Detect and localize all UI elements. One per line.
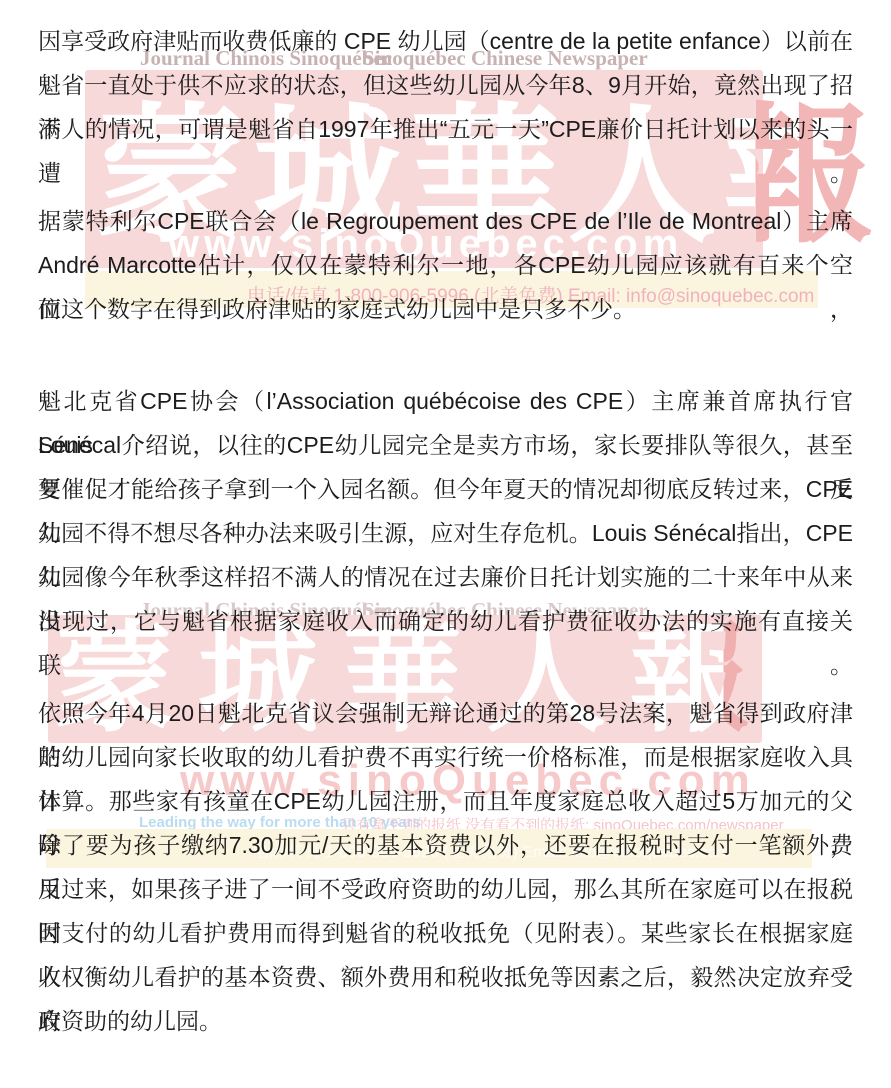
- text-line: 的幼儿园向家长收取的幼儿看护费不再实行统一价格标准，而是根据家庭收入具体: [38, 735, 853, 779]
- text-line: 计算。那些家有孩童在CPE幼儿园注册，而且年度家庭总收入超过5万加元的父母，: [38, 779, 853, 823]
- article-body: 因享受政府津贴而收费低廉的 CPE 幼儿园（centre de la petit…: [38, 19, 853, 1043]
- paragraph: 魁北克省CPE协会（l’Association québécoise des C…: [38, 379, 853, 643]
- text-line: 复催促才能给孩子拿到一个入园名额。但今年夏天的情况却彻底反转过来，CPE幼: [38, 467, 853, 511]
- text-line: 因支付的幼儿看护费用而得到魁省的税收抵免（见附表）。某些家长在根据家庭收: [38, 911, 853, 955]
- text-line: 魁省一直处于供不应求的状态，但这些幼儿园从今年8、9月开始，竟然出现了招不: [38, 63, 853, 107]
- text-line: 魁北克省CPE协会（l’Association québécoise des C…: [38, 379, 853, 423]
- text-line: Sénécal介绍说，以往的CPE幼儿园完全是卖方市场，家长要排队等很久，甚至要…: [38, 423, 853, 467]
- text-line: 因享受政府津贴而收费低廉的 CPE 幼儿园（centre de la petit…: [38, 19, 853, 63]
- text-line: 出现过，它与魁省根据家庭收入而确定的幼儿看护费征收办法的实施有直接关联。: [38, 599, 853, 643]
- text-line: 反过来，如果孩子进了一间不受政府资助的幼儿园，那么其所在家庭可以在报税时: [38, 867, 853, 911]
- paragraph: 依照今年4月20日魁北克省议会强制无辩论通过的第28号法案，魁省得到政府津贴的幼…: [38, 691, 853, 1043]
- text-line: 除了要为孩子缴纳7.30加元/天的基本资费以外，还要在报税时支付一笔额外费用。: [38, 823, 853, 867]
- text-line: 依照今年4月20日魁北克省议会强制无辩论通过的第28号法案，魁省得到政府津贴: [38, 691, 853, 735]
- newspaper-article-page: Journal Chinois Sinoquébec Sinoquébec Ch…: [0, 0, 891, 1088]
- text-line: 府资助的幼儿园。: [38, 999, 853, 1043]
- text-line: 据蒙特利尔CPE联合会（le Regroupement des CPE de l…: [38, 199, 853, 243]
- paragraph: 据蒙特利尔CPE联合会（le Regroupement des CPE de l…: [38, 199, 853, 331]
- paragraph: 因享受政府津贴而收费低廉的 CPE 幼儿园（centre de la petit…: [38, 19, 853, 151]
- text-line: 儿园不得不想尽各种办法来吸引生源，应对生存危机。Louis Sénécal指出，…: [38, 511, 853, 555]
- text-line: 入权衡幼儿看护的基本资费、额外费用和税收抵免等因素之后，毅然决定放弃受政: [38, 955, 853, 999]
- text-line: André Marcotte估计，仅仅在蒙特利尔一地，各CPE幼儿园应该就有百来…: [38, 243, 853, 287]
- text-line: 儿园像今年秋季这样招不满人的情况在过去廉价日托计划实施的二十来年中从来没: [38, 555, 853, 599]
- text-line: 满人的情况，可谓是魁省自1997年推出“五元一天”CPE廉价日托计划以来的头一遭…: [38, 107, 853, 151]
